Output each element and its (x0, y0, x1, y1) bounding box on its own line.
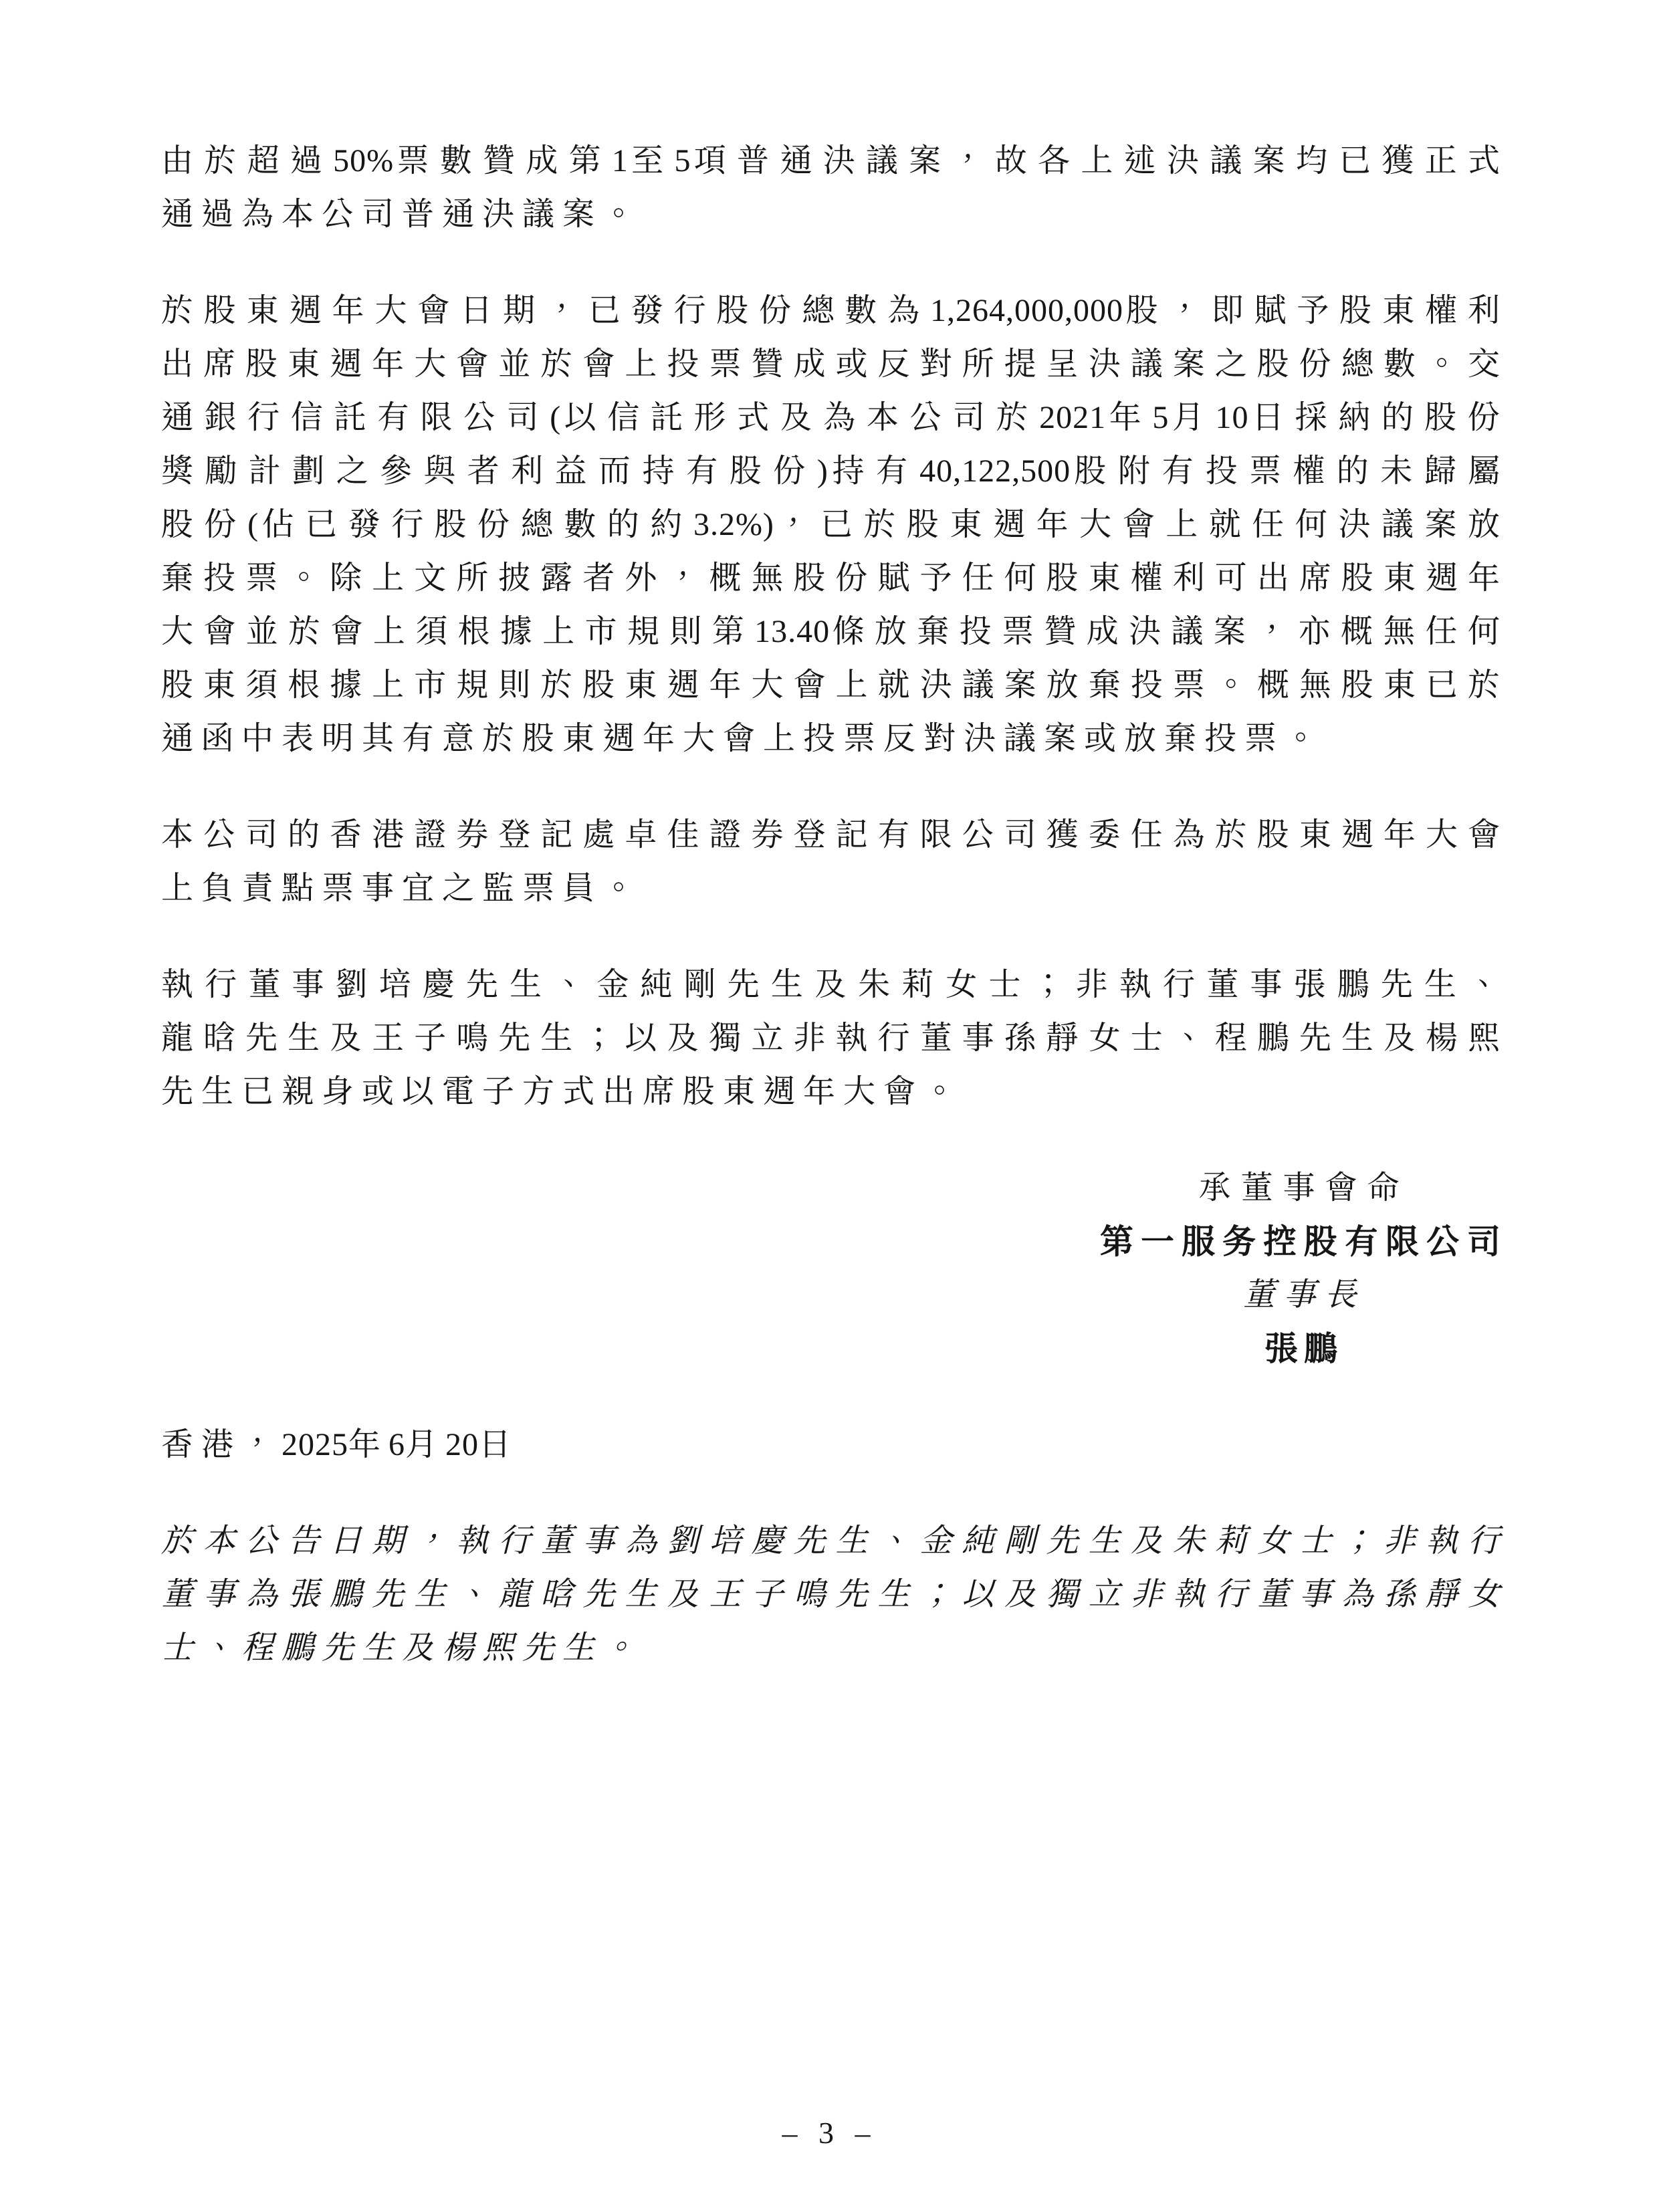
paragraph-2: 於股東週年大會日期，已發行股份總數為1,264,000,000股，即賦予股東權利… (161, 284, 1508, 766)
chairman-title: 董事長 (1100, 1268, 1508, 1322)
text-line: 出席股東週年大會並於會上投票贊成或反對所提呈決議案之股份總數。交 (161, 338, 1508, 391)
dateline: 香港，2025年6月20日 (161, 1418, 1508, 1472)
paragraph-4: 執行董事劉培慶先生、金純剛先生及朱莉女士；非執行董事張鵬先生、龍晗先生及王子鳴先… (161, 958, 1508, 1119)
body-paragraphs: 由於超過50%票數贊成第1至5項普通決議案，故各上述決議案均已獲正式通過為本公司… (161, 134, 1508, 1119)
paragraph-3: 本公司的香港證券登記處卓佳證券登記有限公司獲委任為於股東週年大會上負責點票事宜之… (161, 808, 1508, 915)
closing-note: 於本公告日期，執行董事為劉培慶先生、金純剛先生及朱莉女士；非執行董事為張鵬先生、… (161, 1515, 1508, 1675)
signature-block: 承董事會命 第一服务控股有限公司 董事長 張鵬 (1100, 1162, 1508, 1375)
text-line: 由於超過50%票數贊成第1至5項普通決議案，故各上述決議案均已獲正式 (161, 134, 1508, 188)
company-name: 第一服务控股有限公司 (1100, 1215, 1508, 1268)
page-number: – 3 – (782, 2116, 877, 2150)
text-line: 於股東週年大會日期，已發行股份總數為1,264,000,000股，即賦予股東權利 (161, 284, 1508, 338)
text-line: 龍晗先生及王子鳴先生；以及獨立非執行董事孫靜女士、程鵬先生及楊熙 (161, 1012, 1508, 1065)
page-footer: – 3 – (0, 2113, 1659, 2153)
text-line: 先生已親身或以電子方式出席股東週年大會。 (161, 1065, 1508, 1119)
text-line: 棄投票。除上文所披露者外，概無股份賦予任何股東權利可出席股東週年 (161, 552, 1508, 605)
text-line: 通函中表明其有意於股東週年大會上投票反對決議案或放棄投票。 (161, 712, 1508, 766)
paragraph-1: 由於超過50%票數贊成第1至5項普通決議案，故各上述決議案均已獲正式通過為本公司… (161, 134, 1508, 241)
text-line: 士、程鵬先生及楊熙先生。 (161, 1622, 1508, 1675)
text-line: 股份(佔已發行股份總數的約3.2%)，已於股東週年大會上就任何決議案放 (161, 498, 1508, 552)
chairman-name: 張鵬 (1100, 1322, 1508, 1375)
by-order-of-board-line: 承董事會命 (1100, 1162, 1508, 1215)
text-line: 通銀行信託有限公司(以信託形式及為本公司於2021年5月10日採納的股份 (161, 391, 1508, 445)
text-line: 執行董事劉培慶先生、金純剛先生及朱莉女士；非執行董事張鵬先生、 (161, 958, 1508, 1012)
text-line: 大會並於會上須根據上市規則第13.40條放棄投票贊成決議案，亦概無任何 (161, 605, 1508, 659)
document-page: 由於超過50%票數贊成第1至5項普通決議案，故各上述決議案均已獲正式通過為本公司… (0, 0, 1659, 2212)
announcement-body: 由於超過50%票數贊成第1至5項普通決議案，故各上述決議案均已獲正式通過為本公司… (161, 134, 1508, 1675)
text-line: 獎勵計劃之參與者利益而持有股份)持有40,122,500股附有投票權的未歸屬 (161, 445, 1508, 498)
text-line: 上負責點票事宜之監票員。 (161, 862, 1508, 915)
text-line: 董事為張鵬先生、龍晗先生及王子鳴先生；以及獨立非執行董事為孫靜女 (161, 1568, 1508, 1622)
text-line: 於本公告日期，執行董事為劉培慶先生、金純剛先生及朱莉女士；非執行 (161, 1515, 1508, 1568)
text-line: 股東須根據上市規則於股東週年大會上就決議案放棄投票。概無股東已於 (161, 659, 1508, 712)
text-line: 本公司的香港證券登記處卓佳證券登記有限公司獲委任為於股東週年大會 (161, 808, 1508, 862)
text-line: 通過為本公司普通決議案。 (161, 188, 1508, 241)
